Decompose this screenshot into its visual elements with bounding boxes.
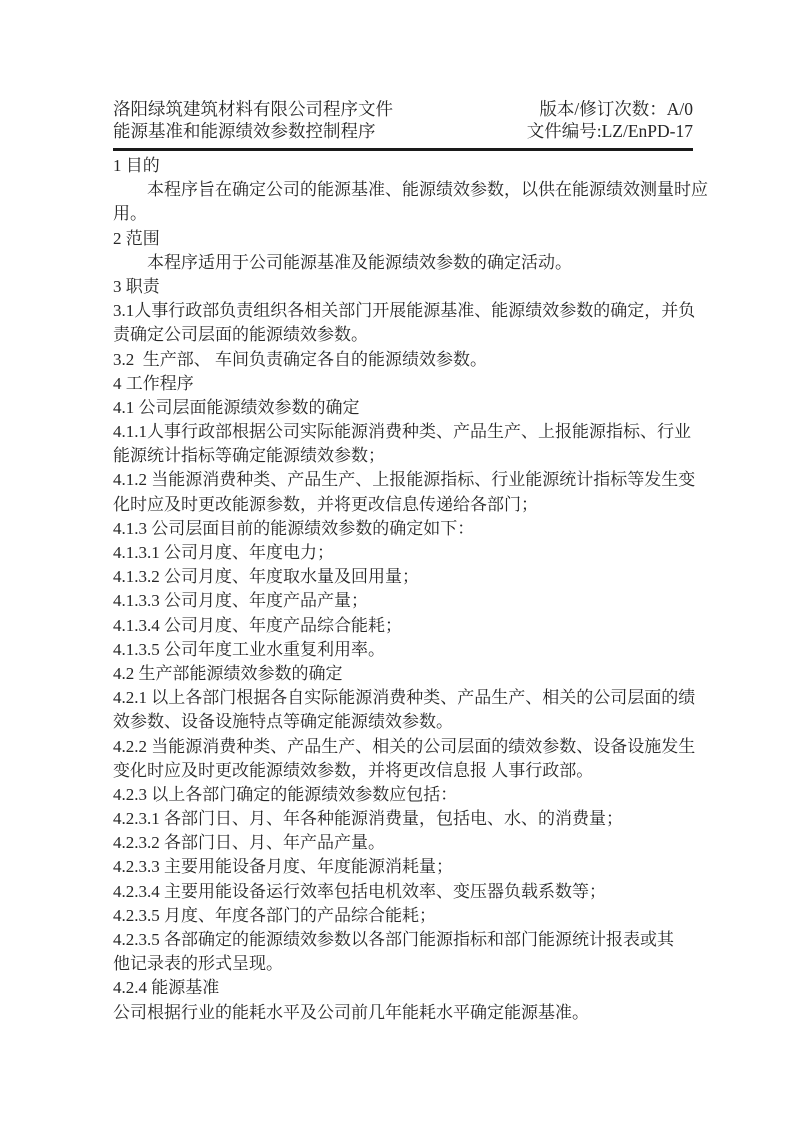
header-document-title: 能源基准和能源绩效参数控制程序 [113,120,376,142]
doc-line: 4.1.3.1 公司月度、年度电力； [113,541,693,565]
doc-line: 3.2 生产部、 车间负责确定各自的能源绩效参数。 [113,348,693,372]
doc-line: 4.2.3.1 各部门日、月、年各种能源消费量，包括电、水、的消费量； [113,807,693,831]
header-row-2: 能源基准和能源绩效参数控制程序 文件编号:LZ/EnPD-17 [113,120,693,142]
doc-line: 本程序适用于公司能源基准及能源绩效参数的确定活动。 [113,251,693,275]
doc-line: 4.2.1 以上各部门根据各自实际能源消费种类、产品生产、相关的公司层面的绩 [113,686,693,710]
document-body: 1 目的本程序旨在确定公司的能源基准、能源绩效参数，以供在能源绩效测量时应用。2… [113,154,693,1025]
doc-line: 4.1.2 当能源消费种类、产品生产、上报能源指标、行业能源统计指标等发生变 [113,468,693,492]
header-version: 版本/修订次数：A/0 [539,98,693,120]
doc-line: 4.1.3.4 公司月度、年度产品综合能耗； [113,614,693,638]
doc-line: 4.2.3.3 主要用能设备月度、年度能源消耗量； [113,855,693,879]
doc-line: 1 目的 [113,154,693,178]
header-doc-number: 文件编号:LZ/EnPD-17 [527,120,693,142]
doc-line: 4.2 生产部能源绩效参数的确定 [113,662,693,686]
doc-line: 3.1人事行政部负责组织各相关部门开展能源基准、能源绩效参数的确定，并负 [113,299,693,323]
doc-line: 4.2.3.5 月度、年度各部门的产品综合能耗； [113,904,693,928]
doc-line: 4.1.3 公司层面目前的能源绩效参数的确定如下： [113,517,693,541]
doc-line: 责确定公司层面的能源绩效参数。 [113,323,693,347]
doc-line: 4.2.3.5 各部确定的能源绩效参数以各部门能源指标和部门能源统计报表或其 [113,928,693,952]
doc-line: 4.2.3.2 各部门日、月、年产品产量。 [113,831,693,855]
document-content: 洛阳绿筑建筑材料有限公司程序文件 版本/修订次数：A/0 能源基准和能源绩效参数… [113,98,693,1025]
doc-line: 4.1.3.5 公司年度工业水重复利用率。 [113,638,693,662]
doc-line: 4.2.4 能源基准 [113,976,693,1000]
doc-line: 4.2.2 当能源消费种类、产品生产、相关的公司层面的绩效参数、设备设施发生 [113,735,693,759]
doc-line: 变化时应及时更改能源绩效参数，并将更改信息报 人事行政部。 [113,759,693,783]
doc-line: 4.1 公司层面能源绩效参数的确定 [113,396,693,420]
doc-line: 用。 [113,202,693,226]
document-header: 洛阳绿筑建筑材料有限公司程序文件 版本/修订次数：A/0 能源基准和能源绩效参数… [113,98,693,142]
header-row-1: 洛阳绿筑建筑材料有限公司程序文件 版本/修订次数：A/0 [113,98,693,120]
doc-line: 4.1.1人事行政部根据公司实际能源消费种类、产品生产、上报能源指标、行业 [113,420,693,444]
doc-line: 4.2.3.4 主要用能设备运行效率包括电机效率、变压器负载系数等； [113,880,693,904]
doc-line: 化时应及时更改能源参数，并将更改信息传递给各部门； [113,493,693,517]
doc-line: 4.2.3 以上各部门确定的能源绩效参数应包括： [113,783,693,807]
doc-line: 他记录表的形式呈现。 [113,952,693,976]
doc-line: 3 职责 [113,275,693,299]
doc-line: 公司根据行业的能耗水平及公司前几年能耗水平确定能源基准。 [113,1001,693,1025]
doc-line: 本程序旨在确定公司的能源基准、能源绩效参数，以供在能源绩效测量时应 [113,178,693,202]
header-company-title: 洛阳绿筑建筑材料有限公司程序文件 [113,98,393,120]
doc-line: 2 范围 [113,227,693,251]
doc-line: 4 工作程序 [113,372,693,396]
document-page: 洛阳绿筑建筑材料有限公司程序文件 版本/修订次数：A/0 能源基准和能源绩效参数… [0,0,800,1130]
header-divider [113,148,693,151]
doc-line: 效参数、设备设施特点等确定能源绩效参数。 [113,710,693,734]
doc-line: 能源统计指标等确定能源绩效参数； [113,444,693,468]
doc-line: 4.1.3.3 公司月度、年度产品产量； [113,589,693,613]
doc-line: 4.1.3.2 公司月度、年度取水量及回用量； [113,565,693,589]
